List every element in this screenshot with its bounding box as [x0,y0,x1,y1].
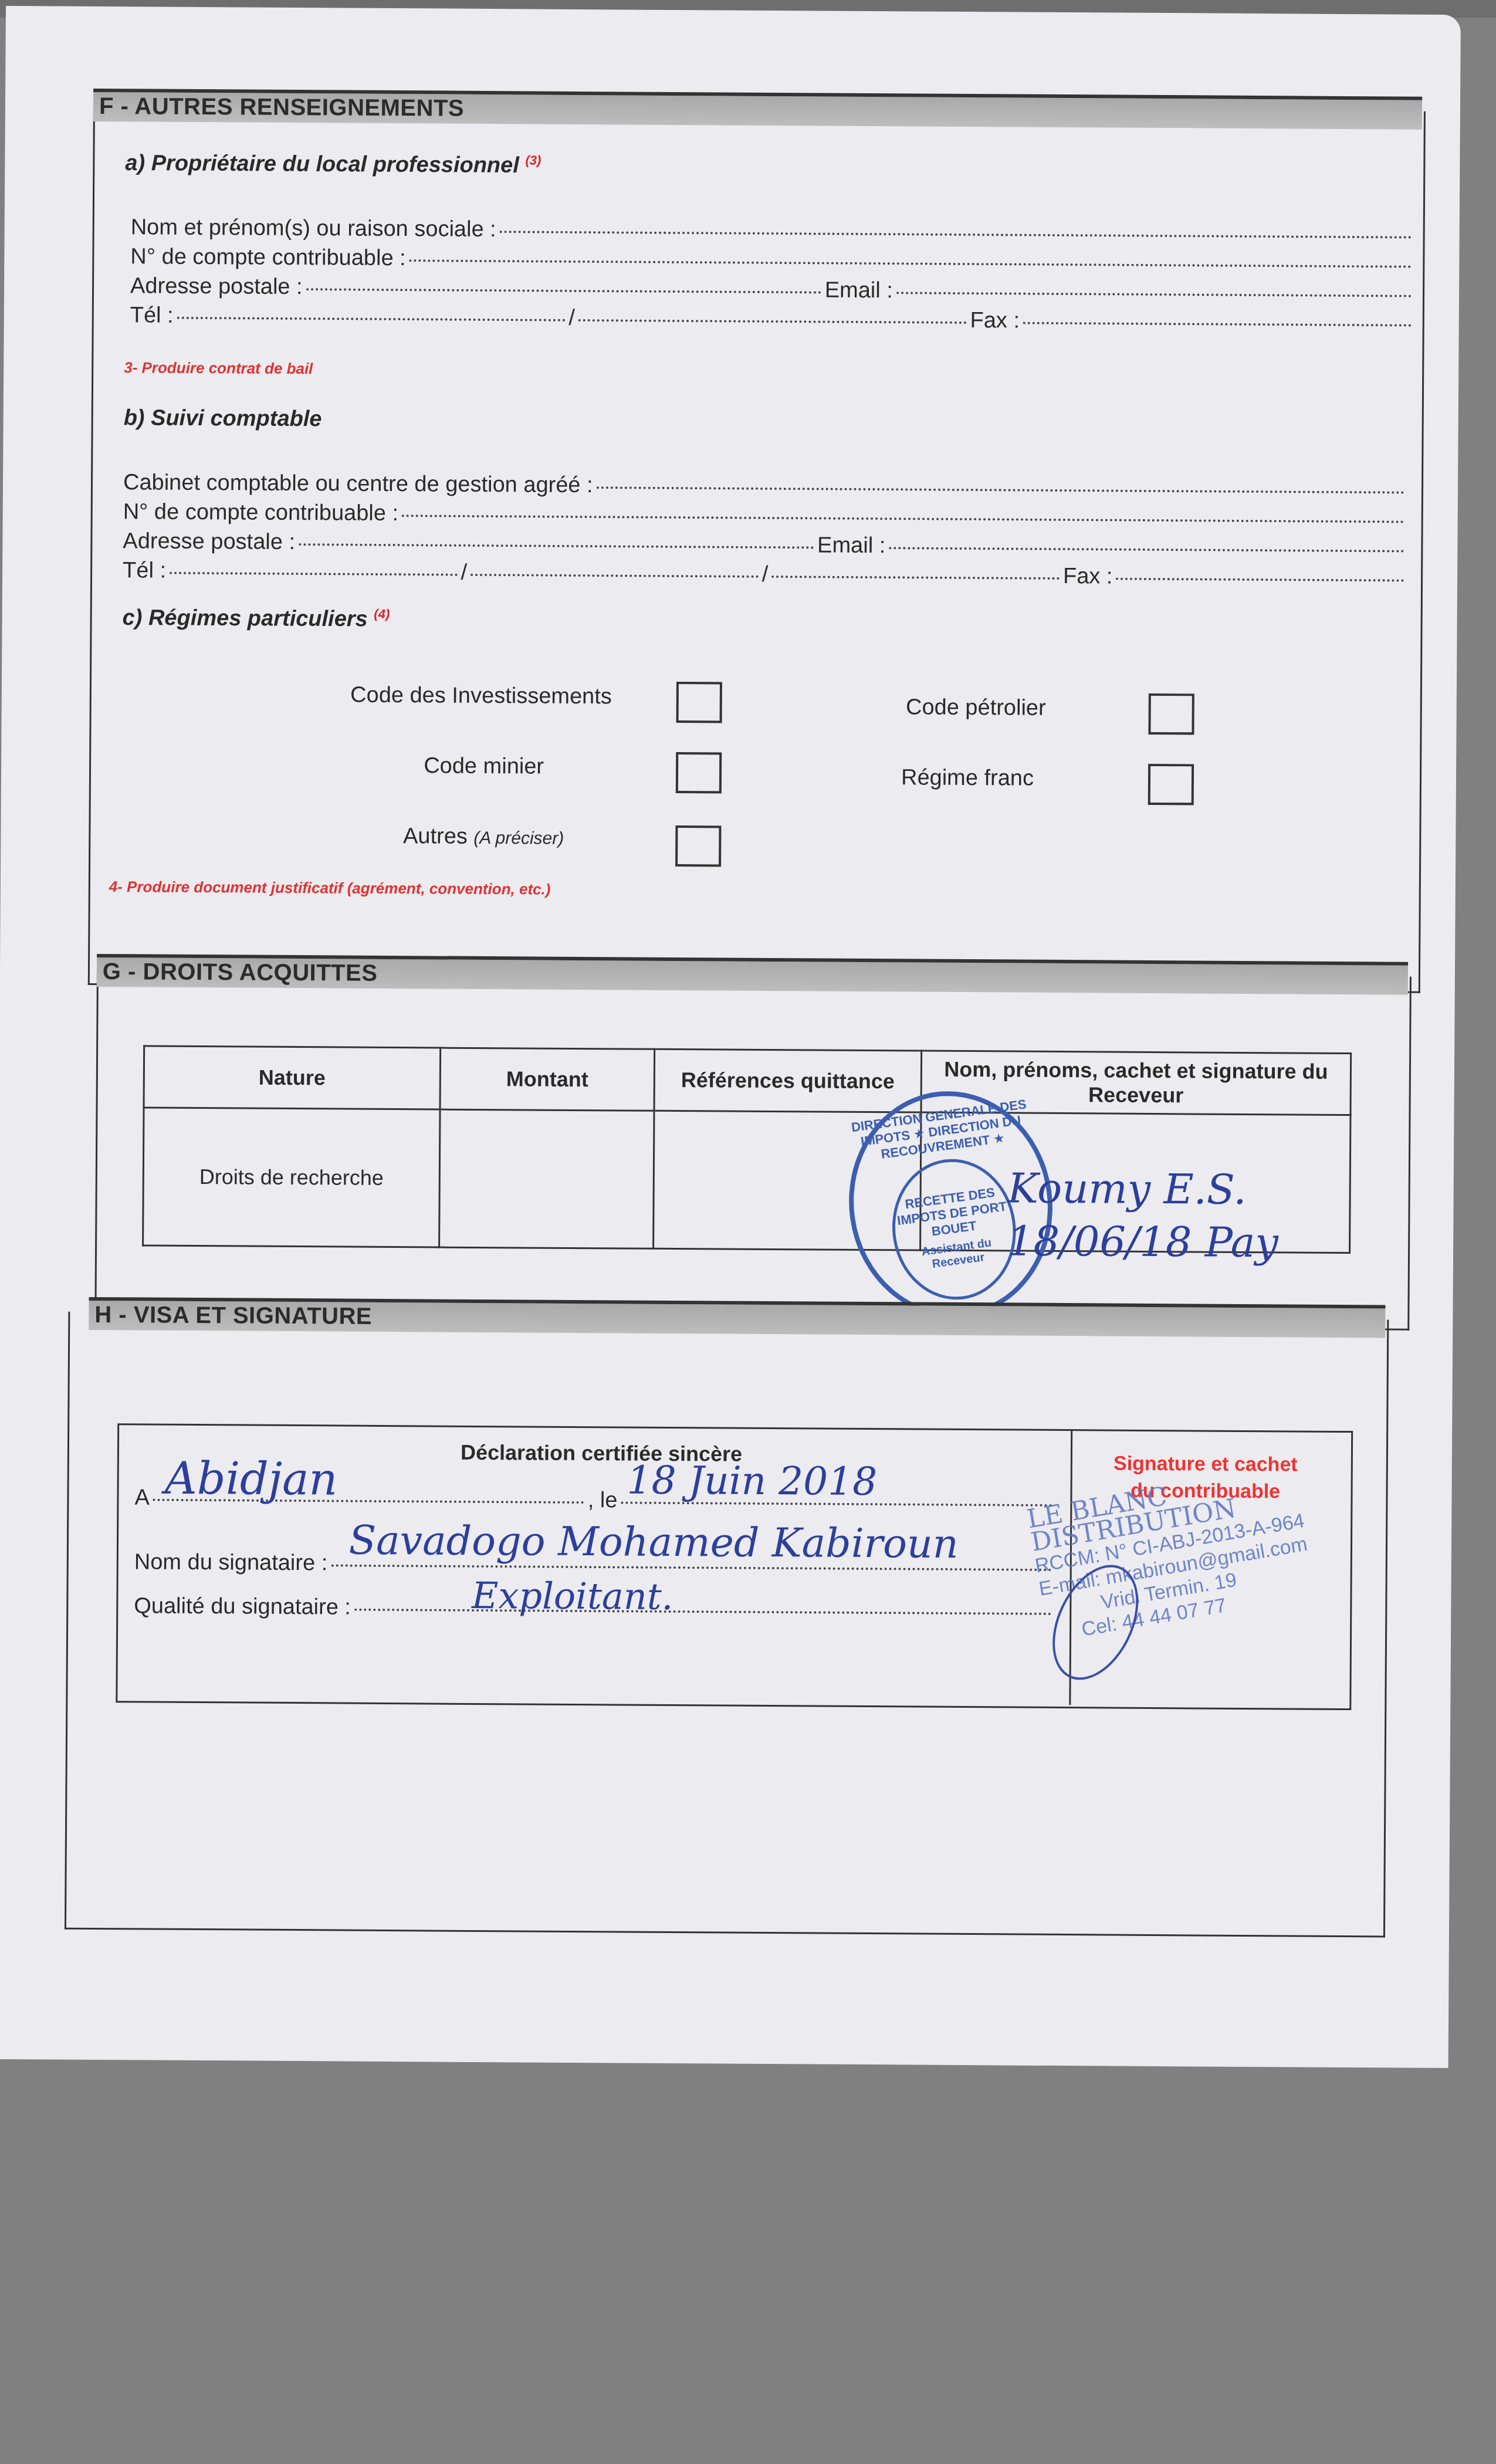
place-label: A [134,1485,150,1510]
signatory-quality-input[interactable]: Exploitant. [354,1609,1051,1615]
signatory-quality-label: Qualité du signataire : [134,1593,351,1620]
signatory-name-value: Savadogo Mohamed Kabiroun [348,1518,959,1568]
cell-montant[interactable] [439,1109,654,1248]
owner-fax-label: Fax : [970,308,1020,334]
subsection-c-title: c) Régimes particuliers (4) [122,605,390,632]
footnote-ref-4: (4) [374,607,390,621]
owner-account-label: N° de compte contribuable : [130,244,406,271]
date-value: 18 Juin 2018 [627,1458,877,1505]
option-autres-hint: (A préciser) [473,828,564,848]
accountant-address-label: Adresse postale : [123,529,295,555]
subsection-b-title: b) Suivi comptable [124,405,322,432]
signatory-name-input[interactable]: Savadogo Mohamed Kabiroun [331,1564,1052,1571]
checkbox-code-petrolier[interactable] [1148,693,1194,735]
accountant-email-input[interactable] [889,547,1404,552]
option-code-petrolier: Code pétrolier [852,695,1046,721]
checkbox-code-investissements[interactable] [676,682,722,723]
accountant-phone-input[interactable] [170,572,458,576]
owner-email-input[interactable] [896,292,1412,297]
signatory-quality-value: Exploitant. [472,1574,673,1618]
option-autres: Autres (A préciser) [353,824,564,850]
table-header-row: Nature Montant Références quittance Nom,… [144,1046,1351,1115]
owner-phone-input[interactable] [177,317,566,321]
owner-address-input[interactable] [306,288,821,293]
accountant-phone-label: Tél : [123,558,166,583]
checkbox-code-minier[interactable] [676,752,722,793]
owner-name-input[interactable] [500,231,1412,238]
checkbox-autres[interactable] [675,825,721,867]
footnote-3: 3- Produire contrat de bail [124,358,313,378]
owner-phone-label: Tél : [130,303,174,328]
owner-address-label: Adresse postale : [130,273,303,300]
place-input[interactable]: Abidjan [153,1499,584,1504]
date-input[interactable]: 18 Juin 2018 [621,1501,1052,1506]
col-nature: Nature [144,1046,441,1109]
option-autres-label: Autres [403,824,468,849]
owner-phone-input-2[interactable] [578,319,967,324]
accountant-address-input[interactable] [299,543,814,549]
accountant-phone-input-2[interactable] [471,574,759,578]
owner-name-label: Nom et prénom(s) ou raison sociale : [131,215,496,242]
option-code-investissements: Code des Investissements [295,682,612,709]
accountant-fax-label: Fax : [1063,564,1113,590]
col-montant: Montant [440,1048,655,1111]
stamp-inner-ring: RECETTE DES IMPOTS DE PORT BOUET Assista… [884,1152,1024,1308]
col-references: Références quittance [654,1049,922,1112]
option-regime-franc: Régime franc [852,765,1034,791]
subsection-a-label: a) Propriétaire du local professionnel [125,151,519,178]
checkbox-regime-franc[interactable] [1148,764,1194,805]
accountant-fax-input[interactable] [1116,578,1404,582]
subsection-a-title: a) Propriétaire du local professionnel (… [125,150,541,178]
subsection-c-label: c) Régimes particuliers [123,605,368,632]
accountant-phone-input-3[interactable] [771,576,1060,580]
form-page: F - AUTRES RENSEIGNEMENTS a) Propriétair… [0,6,1461,2068]
signatory-name-label: Nom du signataire : [134,1549,328,1576]
date-label: , le [588,1488,618,1513]
place-value: Abidjan [165,1452,338,1505]
accountant-account-input[interactable] [402,515,1404,523]
owner-fax-input[interactable] [1023,322,1412,327]
accountant-input[interactable] [597,486,1404,493]
accountant-account-label: N° de compte contribuable : [123,499,399,526]
option-code-minier: Code minier [353,753,544,780]
accountant-label: Cabinet comptable ou centre de gestion a… [123,470,593,498]
owner-email-label: Email : [825,278,893,304]
cell-nature: Droits de recherche [143,1108,440,1247]
owner-account-input[interactable] [409,259,1412,268]
footnote-4: 4- Produire document justificatif (agrém… [109,878,551,899]
footnote-ref-3: (3) [525,153,541,167]
accountant-email-label: Email : [817,533,885,559]
stamp-inner-text: RECETTE DES IMPOTS DE PORT BOUET [891,1183,1013,1244]
receiver-signature: Koumy E.S. 18/06/18 Pay [1007,1162,1419,1270]
